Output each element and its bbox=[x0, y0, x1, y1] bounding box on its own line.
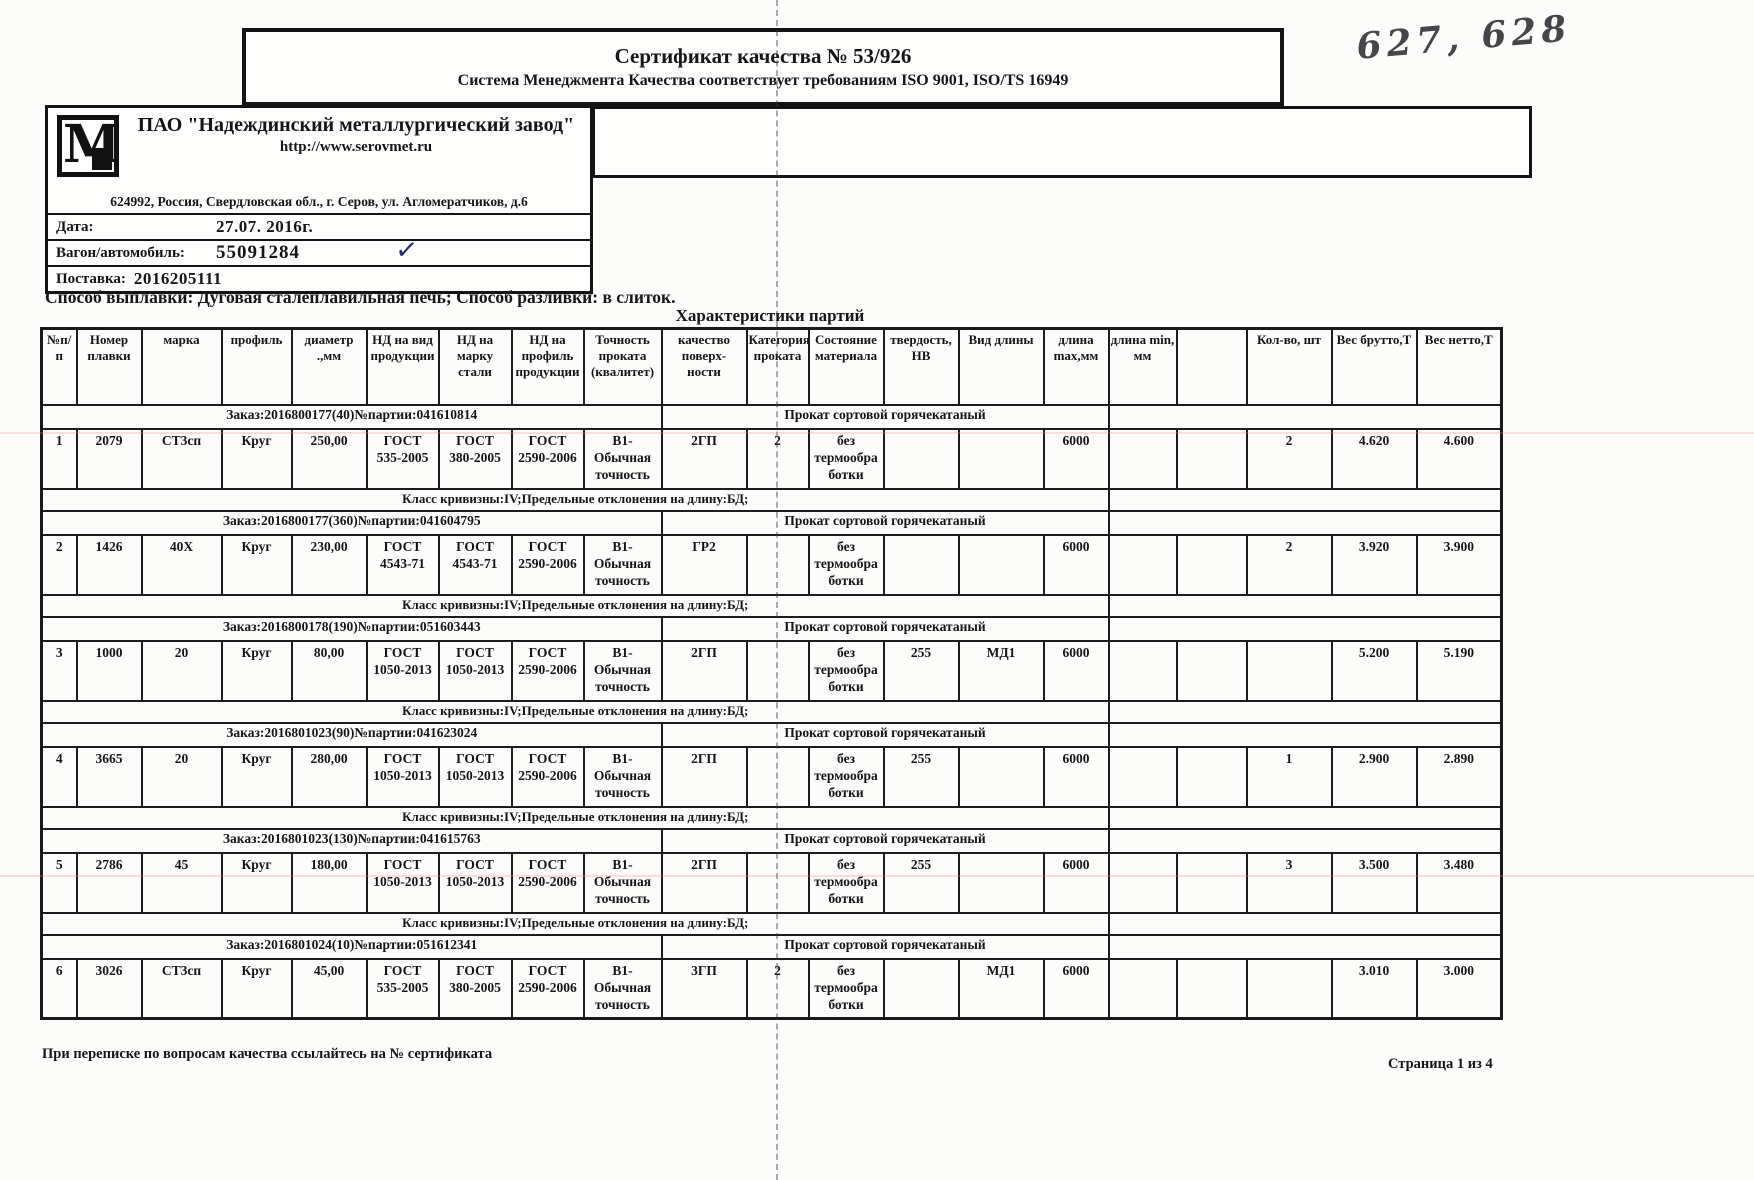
handwritten-checkmark-icon: ✓ bbox=[394, 233, 420, 266]
batch-cell: 3.920 bbox=[1332, 535, 1417, 595]
blank-cell bbox=[1109, 405, 1502, 429]
batch-cell: 4.600 bbox=[1417, 429, 1502, 489]
order-batch-label: Заказ:2016801023(90)№партии:041623024 bbox=[42, 723, 662, 747]
product-type-label: Прокат сортовой горячекатаный bbox=[662, 617, 1109, 641]
batch-cell: 2ГП bbox=[662, 429, 747, 489]
batch-cell: ГОСТ 2590-2006 bbox=[512, 535, 584, 595]
batch-cell bbox=[747, 641, 809, 701]
batch-cell: 6000 bbox=[1044, 535, 1109, 595]
batch-cell: 2079 bbox=[77, 429, 142, 489]
batch-cell: 255 bbox=[884, 641, 959, 701]
batch-cell: 3.480 bbox=[1417, 853, 1502, 913]
batch-cell: 3.900 bbox=[1417, 535, 1502, 595]
product-type-label: Прокат сортовой горячекатаный bbox=[662, 829, 1109, 853]
batch-cell: 80,00 bbox=[292, 641, 367, 701]
batch-cell bbox=[1109, 959, 1177, 1019]
batch-cell bbox=[959, 747, 1044, 807]
blank-cell bbox=[1109, 807, 1502, 829]
batch-cell bbox=[884, 535, 959, 595]
batch-cell: 255 bbox=[884, 853, 959, 913]
batch-cell: Круг bbox=[222, 641, 292, 701]
batch-cell bbox=[1247, 641, 1332, 701]
blank-cell bbox=[1109, 701, 1502, 723]
order-row: Заказ:2016801023(130)№партии:041615763Пр… bbox=[42, 829, 1502, 853]
batch-cell bbox=[747, 747, 809, 807]
batch-row: 5278645Круг180,00ГОСТ 1050-2013ГОСТ 1050… bbox=[42, 853, 1502, 913]
delivery-label: Поставка: bbox=[56, 271, 126, 288]
certificate-title: Сертификат качества № 53/926 bbox=[615, 44, 912, 69]
order-row: Заказ:2016800177(360)№партии:041604795Пр… bbox=[42, 511, 1502, 535]
batch-row: 63026СТ3спКруг45,00ГОСТ 535-2005ГОСТ 380… bbox=[42, 959, 1502, 1019]
certificate-subtitle: Система Менеджмента Качества соответству… bbox=[458, 72, 1069, 90]
blank-cell bbox=[1109, 489, 1502, 511]
melting-method-line: Способ выплавки: Дуговая сталеплавильная… bbox=[45, 287, 676, 308]
order-batch-label: Заказ:2016800177(40)№партии:041610814 bbox=[42, 405, 662, 429]
batch-cell: СТ3сп bbox=[142, 959, 222, 1019]
batch-cell bbox=[884, 429, 959, 489]
blank-cell bbox=[1109, 723, 1502, 747]
batch-cell: 4.620 bbox=[1332, 429, 1417, 489]
batch-cell bbox=[959, 429, 1044, 489]
order-row: Заказ:2016800177(40)№партии:041610814Про… bbox=[42, 405, 1502, 429]
batch-cell bbox=[1177, 853, 1247, 913]
batch-cell: ГР2 bbox=[662, 535, 747, 595]
wagon-row: Вагон/автомобиль: 55091284 ✓ bbox=[48, 239, 590, 265]
column-header: профиль bbox=[222, 329, 292, 405]
column-header: Точность проката (квалитет) bbox=[584, 329, 662, 405]
batch-cell: 3026 bbox=[77, 959, 142, 1019]
batch-cell: 180,00 bbox=[292, 853, 367, 913]
column-header: НД на вид продукции bbox=[367, 329, 439, 405]
handwritten-note: 627, 628 bbox=[1355, 0, 1677, 68]
date-value: 27.07. 2016г. bbox=[216, 217, 313, 237]
batch-cell: 5 bbox=[42, 853, 77, 913]
date-row: Дата: 27.07. 2016г. bbox=[48, 213, 590, 239]
date-label: Дата: bbox=[56, 219, 216, 236]
batch-cell: 20 bbox=[142, 641, 222, 701]
batch-cell: без термообра ботки bbox=[809, 747, 884, 807]
batch-cell: В1- Обычная точность bbox=[584, 535, 662, 595]
batch-cell: В1- Обычная точность bbox=[584, 959, 662, 1019]
product-type-label: Прокат сортовой горячекатаный bbox=[662, 723, 1109, 747]
blank-cell bbox=[1109, 617, 1502, 641]
note-row: Класс кривизны:IV;Предельные отклонения … bbox=[42, 701, 1502, 723]
column-header: длина max,мм bbox=[1044, 329, 1109, 405]
blank-cell bbox=[1109, 935, 1502, 959]
batch-cell: 20 bbox=[142, 747, 222, 807]
batch-cell: 6000 bbox=[1044, 959, 1109, 1019]
batch-cell: 255 bbox=[884, 747, 959, 807]
column-header: Вид длины bbox=[959, 329, 1044, 405]
batch-cell: 2786 bbox=[77, 853, 142, 913]
column-header: Состояние материала bbox=[809, 329, 884, 405]
company-name: ПАО "Надеждинский металлургический завод… bbox=[128, 114, 584, 136]
column-header: качество поверх- ности bbox=[662, 329, 747, 405]
logo-corner-block bbox=[92, 148, 112, 170]
order-row: Заказ:2016800178(190)№партии:051603443Пр… bbox=[42, 617, 1502, 641]
batch-cell bbox=[747, 535, 809, 595]
batch-cell: без термообра ботки bbox=[809, 429, 884, 489]
column-header: Кол-во, шт bbox=[1247, 329, 1332, 405]
column-header: диаметр .,мм bbox=[292, 329, 367, 405]
batch-cell: 2ГП bbox=[662, 747, 747, 807]
company-address: 624992, Россия, Свердловская обл., г. Се… bbox=[48, 192, 590, 213]
order-batch-label: Заказ:2016800178(190)№партии:051603443 bbox=[42, 617, 662, 641]
batch-cell: 3ГП bbox=[662, 959, 747, 1019]
batch-cell: без термообра ботки bbox=[809, 959, 884, 1019]
table-header-row: №п/ пНомер плавкимаркапрофильдиаметр .,м… bbox=[42, 329, 1502, 405]
batch-cell: ГОСТ 1050-2013 bbox=[367, 853, 439, 913]
batch-cell: 2 bbox=[747, 959, 809, 1019]
company-info-box: М ПАО "Надеждинский металлургический зав… bbox=[45, 105, 593, 294]
column-header: Вес нетто,Т bbox=[1417, 329, 1502, 405]
batch-cell: 2ГП bbox=[662, 853, 747, 913]
company-header: М ПАО "Надеждинский металлургический зав… bbox=[48, 108, 590, 192]
batch-cell: 250,00 bbox=[292, 429, 367, 489]
batch-cell: 5.200 bbox=[1332, 641, 1417, 701]
batch-cell: В1- Обычная точность bbox=[584, 853, 662, 913]
batch-cell: 3.500 bbox=[1332, 853, 1417, 913]
product-type-label: Прокат сортовой горячекатаный bbox=[662, 935, 1109, 959]
batch-cell bbox=[1177, 747, 1247, 807]
batch-cell: ГОСТ 535-2005 bbox=[367, 429, 439, 489]
order-batch-label: Заказ:2016801023(130)№партии:041615763 bbox=[42, 829, 662, 853]
batch-cell: МД1 bbox=[959, 959, 1044, 1019]
batch-cell: ГОСТ 1050-2013 bbox=[439, 747, 512, 807]
column-header: марка bbox=[142, 329, 222, 405]
batch-cell bbox=[1109, 535, 1177, 595]
batch-cell: ГОСТ 535-2005 bbox=[367, 959, 439, 1019]
batch-cell: В1- Обычная точность bbox=[584, 641, 662, 701]
batch-cell: 2 bbox=[1247, 429, 1332, 489]
batch-cell: 3.000 bbox=[1417, 959, 1502, 1019]
batch-cell: Круг bbox=[222, 853, 292, 913]
note-row: Класс кривизны:IV;Предельные отклонения … bbox=[42, 913, 1502, 935]
batch-cell: 1 bbox=[1247, 747, 1332, 807]
batch-row: 3100020Круг80,00ГОСТ 1050-2013ГОСТ 1050-… bbox=[42, 641, 1502, 701]
blank-cell bbox=[1109, 595, 1502, 617]
batch-cell: 3 bbox=[42, 641, 77, 701]
certificate-header-box: Сертификат качества № 53/926 Система Мен… bbox=[242, 28, 1284, 106]
batch-cell: ГОСТ 2590-2006 bbox=[512, 641, 584, 701]
blank-cell bbox=[1109, 511, 1502, 535]
table-title: Характеристики партий bbox=[40, 306, 1500, 326]
batch-cell bbox=[747, 853, 809, 913]
curvature-class-note: Класс кривизны:IV;Предельные отклонения … bbox=[42, 595, 1109, 617]
batch-cell bbox=[1109, 429, 1177, 489]
batch-row: 12079СТ3спКруг250,00ГОСТ 535-2005ГОСТ 38… bbox=[42, 429, 1502, 489]
batch-cell bbox=[959, 535, 1044, 595]
note-row: Класс кривизны:IV;Предельные отклонения … bbox=[42, 595, 1502, 617]
batch-cell: 45,00 bbox=[292, 959, 367, 1019]
batch-row: 2142640ХКруг230,00ГОСТ 4543-71ГОСТ 4543-… bbox=[42, 535, 1502, 595]
batch-cell: 2.900 bbox=[1332, 747, 1417, 807]
batch-cell: 5.190 bbox=[1417, 641, 1502, 701]
batch-cell: ГОСТ 2590-2006 bbox=[512, 959, 584, 1019]
batch-cell: 1426 bbox=[77, 535, 142, 595]
wagon-value: 55091284 bbox=[216, 242, 300, 264]
curvature-class-note: Класс кривизны:IV;Предельные отклонения … bbox=[42, 701, 1109, 723]
note-row: Класс кривизны:IV;Предельные отклонения … bbox=[42, 489, 1502, 511]
batch-cell: 1000 bbox=[77, 641, 142, 701]
batch-cell: 45 bbox=[142, 853, 222, 913]
batch-cell: 2.890 bbox=[1417, 747, 1502, 807]
note-row: Класс кривизны:IV;Предельные отклонения … bbox=[42, 807, 1502, 829]
batch-cell: 2 bbox=[42, 535, 77, 595]
company-website: http://www.serovmet.ru bbox=[128, 139, 584, 156]
curvature-class-note: Класс кривизны:IV;Предельные отклонения … bbox=[42, 489, 1109, 511]
delivery-value: 2016205111 bbox=[134, 269, 222, 289]
batch-cell bbox=[1109, 641, 1177, 701]
batch-cell: ГОСТ 4543-71 bbox=[367, 535, 439, 595]
batch-cell bbox=[1177, 535, 1247, 595]
batch-cell: Круг bbox=[222, 747, 292, 807]
batch-cell: В1- Обычная точность bbox=[584, 429, 662, 489]
batch-cell: без термообра ботки bbox=[809, 641, 884, 701]
batch-cell bbox=[1109, 853, 1177, 913]
batch-cell: ГОСТ 380-2005 bbox=[439, 429, 512, 489]
order-batch-label: Заказ:2016800177(360)№партии:041604795 bbox=[42, 511, 662, 535]
batch-cell: ГОСТ 1050-2013 bbox=[439, 853, 512, 913]
batch-cell: СТ3сп bbox=[142, 429, 222, 489]
batch-cell: 6000 bbox=[1044, 853, 1109, 913]
column-header: Вес брутто,Т bbox=[1332, 329, 1417, 405]
batch-cell: без термообра ботки bbox=[809, 853, 884, 913]
order-batch-label: Заказ:2016801024(10)№партии:051612341 bbox=[42, 935, 662, 959]
product-type-label: Прокат сортовой горячекатаный bbox=[662, 511, 1109, 535]
batch-cell: Круг bbox=[222, 429, 292, 489]
batch-cell: В1- Обычная точность bbox=[584, 747, 662, 807]
batch-cell: ГОСТ 2590-2006 bbox=[512, 429, 584, 489]
batch-cell: ГОСТ 4543-71 bbox=[439, 535, 512, 595]
batch-cell: 230,00 bbox=[292, 535, 367, 595]
column-header: длина min, мм bbox=[1109, 329, 1177, 405]
batch-cell: МД1 bbox=[959, 641, 1044, 701]
scanned-certificate-page: 627, 628 Сертификат качества № 53/926 Си… bbox=[0, 0, 1754, 1180]
batch-cell: ГОСТ 2590-2006 bbox=[512, 747, 584, 807]
batch-cell: 4 bbox=[42, 747, 77, 807]
wagon-label: Вагон/автомобиль: bbox=[56, 245, 216, 262]
batch-cell bbox=[1177, 429, 1247, 489]
batch-cell bbox=[1109, 747, 1177, 807]
column-header: Категория проката bbox=[747, 329, 809, 405]
batch-cell: ГОСТ 1050-2013 bbox=[367, 641, 439, 701]
batch-row: 4366520Круг280,00ГОСТ 1050-2013ГОСТ 1050… bbox=[42, 747, 1502, 807]
batch-cell: ГОСТ 1050-2013 bbox=[367, 747, 439, 807]
batch-cell: 40Х bbox=[142, 535, 222, 595]
column-header: Номер плавки bbox=[77, 329, 142, 405]
batch-cell bbox=[959, 853, 1044, 913]
batch-cell: Круг bbox=[222, 535, 292, 595]
column-header: твердость, НВ bbox=[884, 329, 959, 405]
batch-cell: 1 bbox=[42, 429, 77, 489]
column-header: №п/ п bbox=[42, 329, 77, 405]
batch-cell: 2 bbox=[747, 429, 809, 489]
blank-stamp-box bbox=[592, 106, 1532, 178]
product-type-label: Прокат сортовой горячекатаный bbox=[662, 405, 1109, 429]
batch-cell: 2ГП bbox=[662, 641, 747, 701]
batch-cell: 3 bbox=[1247, 853, 1332, 913]
footer-note: При переписке по вопросам качества ссыла… bbox=[42, 1046, 492, 1063]
batch-cell: ГОСТ 1050-2013 bbox=[439, 641, 512, 701]
batch-cell: ГОСТ 2590-2006 bbox=[512, 853, 584, 913]
batch-cell: 6000 bbox=[1044, 641, 1109, 701]
company-logo: М bbox=[57, 115, 119, 177]
order-row: Заказ:2016801024(10)№партии:051612341Про… bbox=[42, 935, 1502, 959]
batch-cell: 3.010 bbox=[1332, 959, 1417, 1019]
page-number: Страница 1 из 4 bbox=[1388, 1056, 1493, 1073]
blank-cell bbox=[1109, 913, 1502, 935]
blank-cell bbox=[1109, 829, 1502, 853]
batch-cell: 280,00 bbox=[292, 747, 367, 807]
curvature-class-note: Класс кривизны:IV;Предельные отклонения … bbox=[42, 913, 1109, 935]
batch-characteristics-table: №п/ пНомер плавкимаркапрофильдиаметр .,м… bbox=[40, 327, 1503, 1020]
column-header bbox=[1177, 329, 1247, 405]
column-header: НД на профиль продукции bbox=[512, 329, 584, 405]
batch-cell: 6000 bbox=[1044, 429, 1109, 489]
column-header: НД на марку стали bbox=[439, 329, 512, 405]
batch-cell: 3665 bbox=[77, 747, 142, 807]
batch-cell: без термообра ботки bbox=[809, 535, 884, 595]
batch-cell bbox=[1177, 641, 1247, 701]
curvature-class-note: Класс кривизны:IV;Предельные отклонения … bbox=[42, 807, 1109, 829]
batch-cell: 6 bbox=[42, 959, 77, 1019]
batch-cell: ГОСТ 380-2005 bbox=[439, 959, 512, 1019]
batch-cell: 6000 bbox=[1044, 747, 1109, 807]
batch-cell: 2 bbox=[1247, 535, 1332, 595]
batch-cell bbox=[884, 959, 959, 1019]
batch-cell bbox=[1247, 959, 1332, 1019]
batch-cell bbox=[1177, 959, 1247, 1019]
batch-cell: Круг bbox=[222, 959, 292, 1019]
order-row: Заказ:2016801023(90)№партии:041623024Про… bbox=[42, 723, 1502, 747]
